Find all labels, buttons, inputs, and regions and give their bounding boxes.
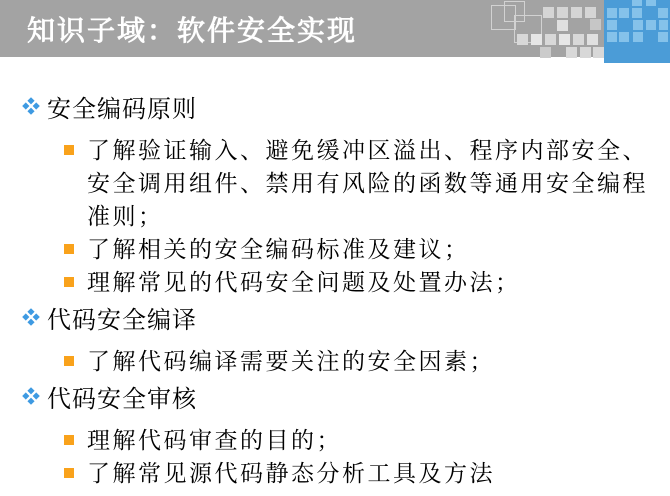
bullet-level1: 安全编码原则 <box>22 88 670 124</box>
bullet-level2: 理解常见的代码安全问题及处置办法； <box>22 266 670 299</box>
square-bullet-icon <box>64 356 74 366</box>
square-bullet-icon <box>64 244 74 254</box>
square-bullet-icon <box>64 277 74 287</box>
slide-body: 安全编码原则 了解验证输入、避免缓冲区溢出、程序内部安全、安全调用组件、禁用有风… <box>0 57 670 490</box>
diamond-bullet-icon <box>22 308 40 326</box>
bullet-level2: 理解代码审查的目的； <box>22 424 670 457</box>
bullet-level2: 了解常见源代码静态分析工具及方法 <box>22 457 670 490</box>
bullet-level2-text: 理解代码审查的目的； <box>87 424 342 457</box>
bullet-level1: 代码安全审核 <box>22 378 670 414</box>
bullet-level2-text: 了解相关的安全编码标准及建议； <box>87 233 470 266</box>
bullet-level2: 了解代码编译需要关注的安全因素； <box>22 345 670 378</box>
diamond-bullet-icon <box>22 97 40 115</box>
header-decoration-pattern <box>490 0 670 64</box>
square-bullet-icon <box>64 435 74 445</box>
bullet-level2: 了解验证输入、避免缓冲区溢出、程序内部安全、安全调用组件、禁用有风险的函数等通用… <box>22 134 670 233</box>
bullet-level1-text: 安全编码原则 <box>47 89 197 124</box>
diamond-bullet-icon <box>22 387 40 405</box>
slide: 知识子域：软件安全实现 <box>0 0 670 496</box>
bullet-level1-text: 代码安全编译 <box>47 300 197 335</box>
bullet-level2-text: 理解常见的代码安全问题及处置办法； <box>87 266 521 299</box>
square-bullet-icon <box>64 468 74 478</box>
bullet-level2: 了解相关的安全编码标准及建议； <box>22 233 670 266</box>
slide-title: 知识子域：软件安全实现 <box>0 9 357 49</box>
square-bullet-icon <box>64 145 74 155</box>
slide-header: 知识子域：软件安全实现 <box>0 0 670 57</box>
bullet-level2-text: 了解验证输入、避免缓冲区溢出、程序内部安全、安全调用组件、禁用有风险的函数等通用… <box>87 134 661 233</box>
bullet-level1-text: 代码安全审核 <box>47 379 197 414</box>
bullet-level1: 代码安全编译 <box>22 299 670 335</box>
bullet-level2-text: 了解代码编译需要关注的安全因素； <box>87 345 495 378</box>
bullet-level2-text: 了解常见源代码静态分析工具及方法 <box>87 457 495 490</box>
